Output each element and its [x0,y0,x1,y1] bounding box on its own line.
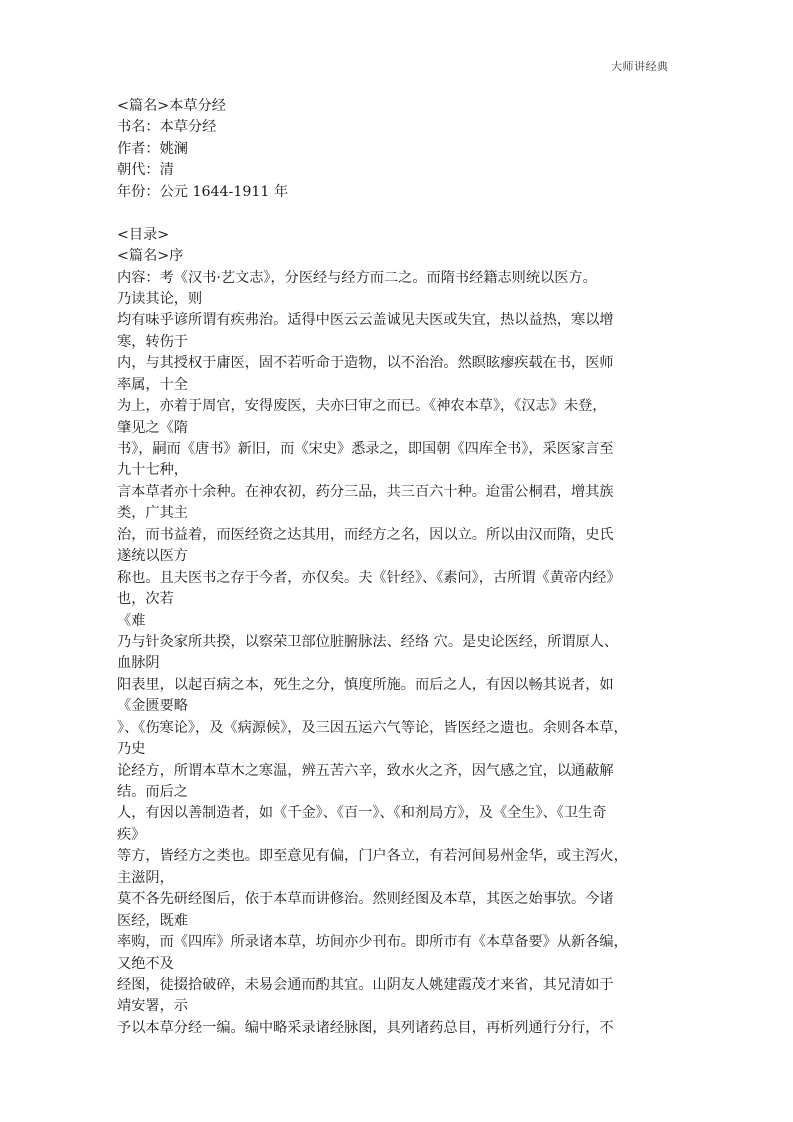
content-line: 结。而后之 [117,782,692,803]
content-line: 疾》 [117,825,692,846]
section-tag: <篇名>序 [117,246,692,267]
chapter-tag: <篇名>本草分经 [117,96,692,117]
content-line: 主滋阴， [117,868,692,889]
content-line: 九十七种， [117,460,692,481]
content-line: 称也。且夫医书之存于今者，亦仅矣。夫《针经》、《素问》，古所谓《黄帝内经》 [117,568,692,589]
content-line: 乃史 [117,739,692,760]
content-line: 人，有因以善制造者，如《千金》、《百一》、《和剂局方》，及《全生》、《卫生奇 [117,803,692,824]
content-line: 肇见之《隋 [117,418,692,439]
content-line: 靖安署，示 [117,996,692,1017]
content-line: 莫不各先研经图后，依于本草而讲修治。然则经图及本草，其医之始事欤。今诸 [117,889,692,910]
spacer [117,203,692,224]
document-body: <篇名>本草分经 书名：本草分经 作者：姚澜 朝代：清 年份：公元 1644-1… [117,96,692,1039]
preface-content: 内容：考《汉书·艺文志》，分医经与经方而二之。而隋书经籍志则统以医方。乃读其论，… [117,268,692,1040]
book-name: 书名：本草分经 [117,117,692,138]
content-line: 内，与其授权于庸医，固不若听命于造物，以不治治。然瞑眩瘳疾载在书，医师 [117,353,692,374]
content-line: 阳表里，以起百病之本，死生之分，慎度所施。而后之人，有因以畅其说者，如 [117,675,692,696]
page-header-site-name: 大师讲经典 [611,58,669,74]
content-line: 为上，亦着于周官，安得废医，夫亦曰审之而已。《神农本草》，《汉志》未登， [117,396,692,417]
content-line: 内容：考《汉书·艺文志》，分医经与经方而二之。而隋书经籍志则统以医方。 [117,268,692,289]
content-line: 均有味乎谚所谓有疾弗治。适得中医云云盖诚见夫医或失宜，热以益热，寒以增 [117,310,692,331]
content-line: 血脉阴 [117,653,692,674]
content-line: 书》，嗣而《唐书》新旧，而《宋史》悉录之，即国朝《四库全书》，采医家言至 [117,439,692,460]
year: 年份：公元 1644-1911 年 [117,182,692,203]
author: 作者：姚澜 [117,139,692,160]
content-line: 寒，转伤于 [117,332,692,353]
content-line: 乃读其论，则 [117,289,692,310]
content-line: 遂统以医方 [117,546,692,567]
content-line: 经图，徒掇拾破碎，未易会通而酌其宜。山阴友人姚建霞茂才来省，其兄清如于 [117,975,692,996]
content-line: 治，而书益着，而医经资之达其用，而经方之名，因以立。所以由汉而隋，史氏 [117,525,692,546]
content-line: 率属，十全 [117,375,692,396]
content-line: 率购，而《四库》所录诸本草，坊间亦少刊布。即所市有《本草备要》从新各编， [117,932,692,953]
content-line: 也，次若 [117,589,692,610]
content-line: 论经方，所谓本草木之寒温，辨五苦六辛，致水火之齐，因气感之宜，以通蔽解 [117,761,692,782]
content-line: 言本草者亦十余种。在神农初，药分三品，共三百六十种。迨雷公桐君，增其族 [117,482,692,503]
content-line: 乃与针灸家所共揆，以察荣卫部位脏腑脉法、经络 穴。是史论医经，所谓原人、 [117,632,692,653]
content-line: 》、《伤寒论》，及《病源候》，及三因五运六气等论，皆医经之遗也。余则各本草， [117,718,692,739]
content-line: 《难 [117,611,692,632]
dynasty: 朝代：清 [117,160,692,181]
content-line: 予以本草分经一编。编中略采录诸经脉图，具列诸药总目，再析列通行分行，不 [117,1018,692,1039]
content-line: 《金匮要略 [117,696,692,717]
toc-tag: <目录> [117,225,692,246]
content-line: 医经，既难 [117,911,692,932]
content-line: 类，广其主 [117,503,692,524]
content-line: 又绝不及 [117,954,692,975]
content-line: 等方，皆经方之类也。即至意见有偏，门户各立，有若河间易州金华，或主泻火， [117,846,692,867]
